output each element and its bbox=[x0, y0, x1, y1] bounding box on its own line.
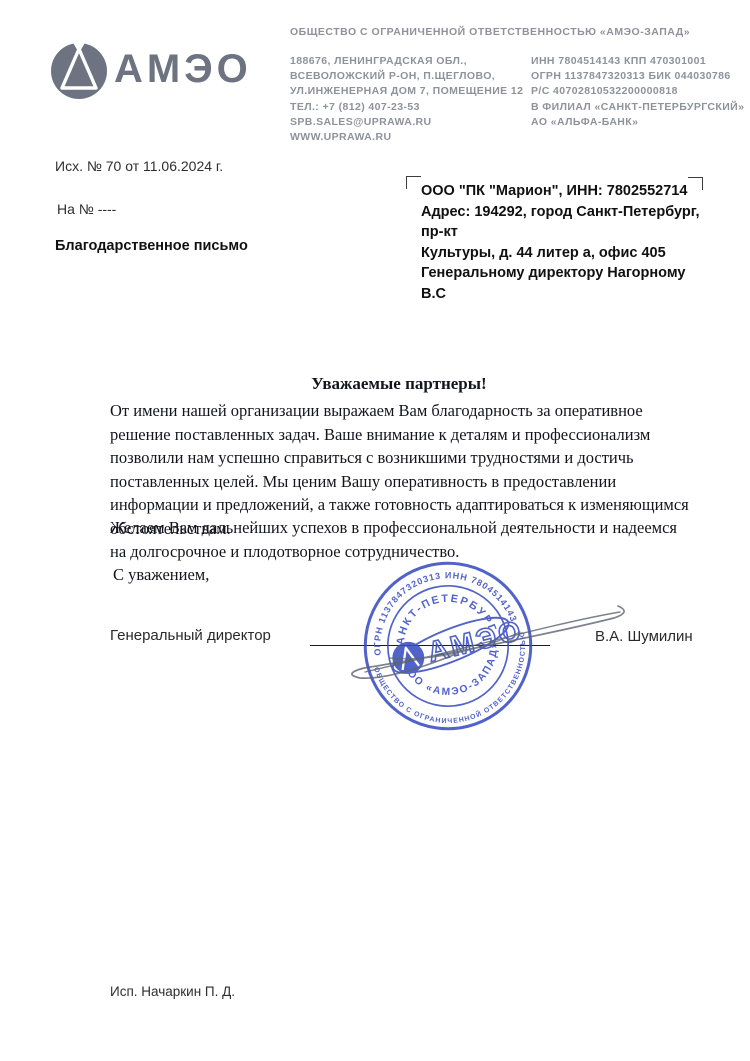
bank-branch-line: В ФИЛИАЛ «САНКТ-ПЕТЕРБУРГСКИЙ» bbox=[531, 100, 746, 115]
letter-page: АМЭО ОБЩЕСТВО С ОГРАНИЧЕННОЙ ОТВЕТСТВЕНН… bbox=[0, 0, 750, 1061]
phone-line: ТЕЛ.: +7 (812) 407-23-53 bbox=[290, 100, 525, 115]
inn-kpp-line: ИНН 7804514143 КПП 470301001 bbox=[531, 54, 746, 69]
account-line: Р/С 40702810532200000818 bbox=[531, 84, 746, 99]
recipient-address-line: Культуры, д. 44 литер а, офис 405 bbox=[421, 243, 713, 264]
ameo-logo-icon bbox=[50, 42, 108, 100]
letter-subject: Благодарственное письмо bbox=[55, 238, 248, 254]
company-requisites-block: ИНН 7804514143 КПП 470301001 ОГРН 113784… bbox=[531, 54, 746, 130]
recipient-person-line: Генеральному директору Нагорному В.С bbox=[421, 263, 713, 304]
incoming-number: На № ---- bbox=[57, 201, 116, 217]
recipient-company-line: ООО "ПК "Марион", ИНН: 7802552714 bbox=[421, 181, 713, 202]
address-line: ВСЕВОЛОЖСКИЙ Р-ОН, П.ЩЕГЛОВО, bbox=[290, 69, 525, 84]
address-line: 188676, ЛЕНИНГРАДСКАЯ ОБЛ., bbox=[290, 54, 525, 69]
address-line: УЛ.ИНЖЕНЕРНАЯ ДОМ 7, ПОМЕЩЕНИЕ 12 bbox=[290, 84, 525, 99]
company-address-block: 188676, ЛЕНИНГРАДСКАЯ ОБЛ., ВСЕВОЛОЖСКИЙ… bbox=[290, 54, 525, 145]
logo-wordmark: АМЭО bbox=[114, 47, 252, 92]
outgoing-number: Исх. № 70 от 11.06.2024 г. bbox=[55, 158, 223, 174]
recipient-block: ООО "ПК "Марион", ИНН: 7802552714 Адрес:… bbox=[421, 181, 713, 304]
closing-phrase: С уважением, bbox=[113, 565, 209, 585]
handwritten-signature bbox=[320, 588, 640, 683]
recipient-address-line: Адрес: 194292, город Санкт-Петербург, пр… bbox=[421, 202, 713, 243]
salutation: Уважаемые партнеры! bbox=[110, 374, 688, 394]
company-full-name: ОБЩЕСТВО С ОГРАНИЧЕННОЙ ОТВЕТСТВЕННОСТЬЮ… bbox=[290, 26, 710, 38]
ogrn-bik-line: ОГРН 1137847320313 БИК 044030786 bbox=[531, 69, 746, 84]
bank-name-line: АО «АЛЬФА-БАНК» bbox=[531, 115, 746, 130]
recipient-corner-mark-left bbox=[406, 176, 421, 189]
executor-line: Исп. Начаркин П. Д. bbox=[110, 984, 235, 999]
email-website-line: SPB.SALES@UPRAWA.RU WWW.UPRAWA.RU bbox=[290, 115, 525, 145]
signer-position: Генеральный директор bbox=[110, 627, 271, 644]
